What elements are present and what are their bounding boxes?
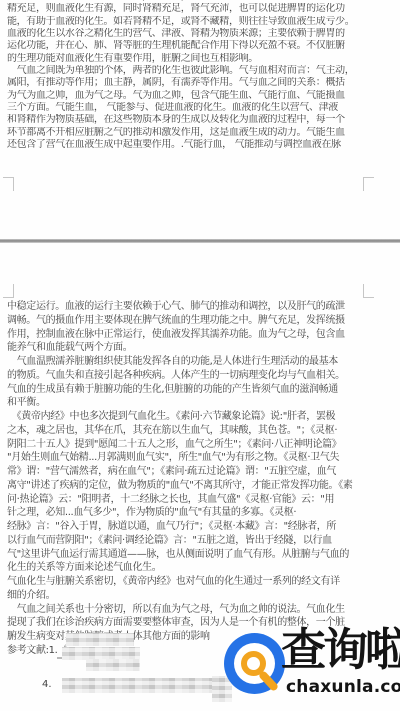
redaction-remnant-mark <box>57 657 62 659</box>
watermark-domain: chaxunla.com <box>286 677 400 697</box>
text-line: 能，有助于血液的化生。如若肾精不足，或肾不藏精，则往往导致血液生成亏少。 <box>7 16 399 28</box>
text-line: "月始生则血气始精...月郭满则血气实"，所生"血气"为有形之物。《灵枢·卫气失 <box>7 451 399 465</box>
text-line: 运化功能，并在心、肺、肾等脏的生理机能配合作用下得以充盈不衰。不仅脏腑 <box>7 40 399 52</box>
text-line: 三个方面。气能生血， 气能参与、促进血液的化生。血液的化生以营气、津液 <box>7 102 399 114</box>
margin-corner-mark-bottom-right <box>363 177 374 191</box>
margin-corner-mark-top-right <box>363 284 374 298</box>
text-line: 和肾精作为物质基础，在这些物质本身的生成以及转化为血液的过程中，每一个 <box>7 114 399 126</box>
text-line: 气血的生成虽有赖于脏腑功能的生化,但脏腑的功能的产生皆须气血的滋润畅通 <box>7 383 399 397</box>
text-line: 《黄帝内经》中也多次提到气血化生。《素问·六节藏象论篇》说:"肝者，罢极 <box>7 410 399 424</box>
text-line: 阴阳二十五人》提到"愿闻二十五人之形，血气之所生"；《素问·八正神明论篇》 <box>7 438 399 452</box>
text-line: 和平衡。 <box>7 396 399 410</box>
text-line: 血液的化生以水谷之精化生的营气、津液、肾精为物质来源；主要依赖于脾胃的 <box>7 28 399 40</box>
text-line: 针之理，必知...血气多少"，作为物质的"血气"有其量的多寡。《灵枢· <box>7 506 399 520</box>
magnifier-logo-icon <box>224 633 285 694</box>
watermark-title: 查询啦 <box>281 624 400 676</box>
text-line: 气血化生与脏腑关系密切，《黄帝内经》也对气血的化生通过一系列的经文有详 <box>7 575 399 589</box>
text-line: 气"这里讲气血运行需其通道——脉，也从侧面说明了血气有形。从脏腑与气血的 <box>7 548 399 562</box>
text-line: 常》谓："营气濡然者，病在血气"；《素问·疏五过论篇》谓："五脏空虚，血气 <box>7 465 399 479</box>
text-line: 气血温煦濡养脏腑组织使其能发挥各自的功能,是人体进行生理活动的最基本 <box>7 355 399 369</box>
text-line: 离守"讲述了疾病的定位，做为物质的"血气"不离其所守，才能正常发挥功能。《素 <box>7 479 399 493</box>
margin-corner-mark-top-left <box>3 284 14 298</box>
text-line: 精充足，则血液化生有源，同时肾精充足，肾气充沛，也可以促进脾胃的运化功 <box>7 3 399 15</box>
watermark: 查询啦 chaxunla.com <box>222 629 400 711</box>
page-2-text-block: 中稳定运行。血液的运行主要依赖于心气、肺气的推动和调控，以及肝气的疏泄 调畅。气… <box>7 300 399 658</box>
text-line: 还包含了营气在血液生成中起重要作用。.气能行血， 气能推动与调控血液在脉 <box>7 139 399 151</box>
text-line: 的生理功能对血液化生有重要作用，脏腑之间也互相影响。 <box>7 53 399 65</box>
text-line: 经脉》言："谷入于胃，脉道以通，血气乃行"；《灵枢·本藏》言："经脉者，所 <box>7 520 399 534</box>
margin-corner-mark-bottom-left <box>3 177 14 191</box>
text-line: 属阳，有推动等作用；血主静，属阴，有濡养等作用。气与血之间的关系：概括 <box>7 77 399 89</box>
text-line: 为气为血之帅，血为气之母。气为血之帅，包含气能生血、气能行血、气能摄血 <box>7 90 399 102</box>
text-line: 之本，魂之居也，其华在爪，其充在筋以生血气，其味酸，其色苍。"；《灵枢· <box>7 424 399 438</box>
text-line: 环节都离不开相应脏腑之气的推动和激发作用，这是血液生成的动力。气能生血 <box>7 127 399 139</box>
text-line: 问·热论篇》云："阳明者，十二经脉之长也，其血气盛"《灵枢·官能》云："用 <box>7 493 399 507</box>
document-page-1: 功能化生为有用的血液。肾藏精，精生髓，精髓是化生血液的基本物质之一。肾 精充足，… <box>0 0 400 239</box>
text-line: 中稳定运行。血液的运行主要依赖于心气、肺气的推动和调控，以及肝气的疏泄 <box>7 300 399 314</box>
magnifier-lens <box>241 651 266 676</box>
redaction-mosaic <box>66 633 134 646</box>
text-line: 气血之间关系也十分密切，所以有血为气之母，气为血之帅的说法。气血化生 <box>7 603 399 617</box>
text-line: 化生的关系等方面来论述气血化生。 <box>7 561 399 575</box>
text-line: 调畅。气的摄血作用主要体现在脾气统血的生理功能之中。脾气充足，发挥统摄 <box>7 314 399 328</box>
document-viewer: 功能化生为有用的血液。肾藏精，精生髓，精髓是化生血液的基本物质之一。肾 精充足，… <box>0 0 400 711</box>
text-line: 作用，控制血液在脉中正常运行，使血液发挥其濡养功能。血为气之母，包含血 <box>7 328 399 342</box>
text-line: 细的介绍。 <box>7 589 399 603</box>
reference-item-4: 4. <box>42 678 52 692</box>
page-1-text-block: 功能化生为有用的血液。肾藏精，精生髓，精髓是化生血液的基本物质之一。肾 精充足，… <box>7 0 399 151</box>
redaction-mosaic <box>62 678 220 693</box>
redaction-mosaic <box>86 659 140 671</box>
text-line: 的物质。气血失和直接引起各种疾病。人体产生的一切病理变化均与气血相关。 <box>7 369 399 383</box>
text-line: 能养气和血能载气两个方面。 <box>7 341 399 355</box>
text-line: 气血之间既为单独的个体，两者的化生也彼此影响。气与血相对而言：气主动， <box>7 65 399 77</box>
text-line: 以行血气而营阴阳"；《素问·调经论篇》言："五脏之道，皆出于经隧，以行血 <box>7 534 399 548</box>
